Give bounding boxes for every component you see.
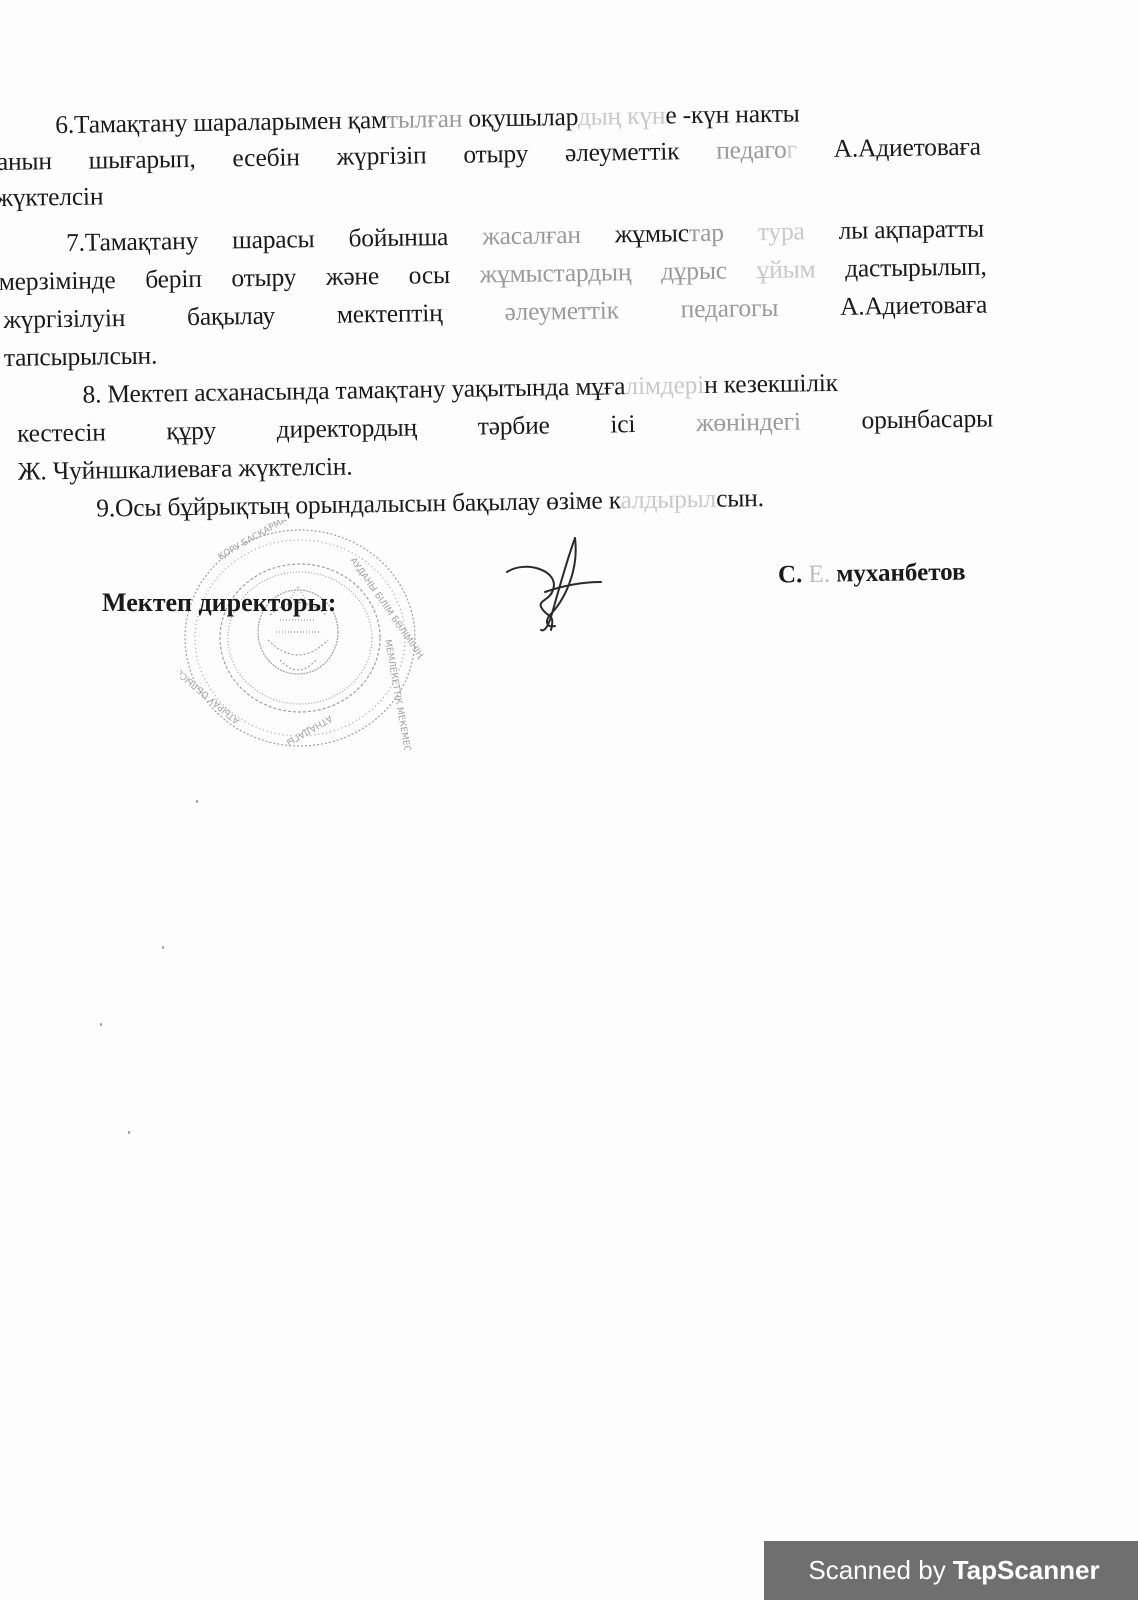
word: орынбасары bbox=[861, 400, 993, 438]
word: және bbox=[326, 258, 380, 295]
scan-speck bbox=[196, 800, 198, 803]
watermark-prefix: Scanned by bbox=[808, 1555, 945, 1586]
word: жұмыстардың bbox=[479, 254, 631, 292]
word: тура bbox=[758, 213, 805, 250]
svg-text:АТЫРАУ ОБЛЫСЫ: АТЫРАУ ОБЛЫСЫ bbox=[180, 665, 242, 725]
director-name: С. Е. муханбетов bbox=[778, 559, 966, 590]
word: әлеуметтік bbox=[565, 133, 680, 171]
word: кестесін bbox=[17, 414, 106, 451]
word: жасалған bbox=[482, 217, 581, 255]
word: А.Адиетоваға bbox=[833, 129, 981, 167]
text-faded: алдырыл bbox=[620, 484, 716, 514]
word: отыру bbox=[463, 136, 528, 173]
paragraph-6-line-3: жүктелсін bbox=[0, 178, 104, 216]
word: мектептің bbox=[337, 295, 443, 333]
word: жөніндегі bbox=[696, 403, 801, 441]
director-title: Мектеп директоры: bbox=[102, 588, 336, 618]
word: тәрбие bbox=[477, 407, 550, 444]
text: 8. Мектеп асханасында тамақтану уақытынд… bbox=[82, 371, 625, 409]
scanned-page: 6.Тамақтану шараларымен қамтылған оқушыл… bbox=[0, 0, 1138, 1600]
word: жүргізілуін bbox=[3, 300, 125, 338]
word: ұйым bbox=[756, 251, 815, 288]
svg-text:АТНАДАГЫ: АТНАДАГЫ bbox=[284, 712, 333, 746]
scan-speck bbox=[162, 946, 164, 949]
word: шарасы bbox=[232, 221, 315, 258]
word: әлеуметтік bbox=[504, 292, 619, 330]
svg-text:ҚОРУ БАСҚАРМАСЫНЫҢ ИНДЕР: ҚОРУ БАСҚАРМАСЫНЫҢ ИНДЕР bbox=[217, 520, 351, 563]
signature-block: ҚОРУ БАСҚАРМАСЫНЫҢ ИНДЕР АУДАНЫ БІЛІМ БӨ… bbox=[0, 520, 1138, 760]
word: директордың bbox=[276, 409, 417, 447]
word: жүргізіп bbox=[336, 137, 426, 174]
word: есебін bbox=[232, 139, 300, 176]
tapscanner-watermark: Scanned by TapScanner bbox=[764, 1541, 1138, 1600]
word: жұмыс bbox=[615, 218, 689, 248]
order-body: 6.Тамақтану шараларымен қамтылған оқушыл… bbox=[0, 92, 1000, 108]
word: дастырылып, bbox=[845, 249, 987, 287]
word: лы ақпаратты bbox=[838, 211, 984, 249]
text: 6.Тамақтану шараларымен қам bbox=[55, 105, 387, 139]
word: отыру bbox=[231, 259, 296, 296]
text-faded: дың күн bbox=[578, 101, 666, 131]
word: бойынша bbox=[348, 219, 448, 257]
text: Ж. Чуйншкалиеваға жүктелсін. bbox=[17, 452, 352, 486]
watermark-brand: TapScanner bbox=[953, 1555, 1100, 1586]
paragraph-8-line-3: Ж. Чуйншкалиеваға жүктелсін. bbox=[17, 449, 352, 490]
text: оқушылар bbox=[462, 102, 578, 133]
name-initial: С. bbox=[778, 561, 803, 588]
word: педаго bbox=[716, 135, 787, 165]
word: бақылау bbox=[187, 298, 275, 335]
text: тапсырылсын. bbox=[4, 341, 158, 372]
word: педагогы bbox=[680, 290, 778, 328]
word: анын bbox=[0, 143, 52, 180]
word: шығарып, bbox=[88, 141, 195, 179]
scan-speck bbox=[128, 1131, 130, 1134]
word: ісі bbox=[610, 406, 635, 442]
word: 7.Тамақтану bbox=[66, 223, 199, 261]
paragraph-7-line-4: тапсырылсын. bbox=[4, 338, 158, 376]
name-initial-faded: Е. bbox=[808, 561, 830, 588]
word: құру bbox=[166, 413, 216, 450]
text-faded: лімдері bbox=[625, 370, 704, 400]
word: г bbox=[786, 134, 797, 163]
text-faded: тылған bbox=[387, 104, 463, 134]
text: е -күн накты bbox=[665, 98, 800, 129]
word: осы bbox=[408, 257, 450, 294]
name-surname: муханбетов bbox=[836, 559, 966, 588]
word: А.Адиетоваға bbox=[840, 287, 988, 325]
word: мерзімінде bbox=[0, 262, 116, 300]
official-seal-icon: ҚОРУ БАСҚАРМАСЫНЫҢ ИНДЕР АУДАНЫ БІЛІМ БӨ… bbox=[180, 520, 430, 750]
word: беріп bbox=[145, 261, 202, 298]
text: сын. bbox=[716, 483, 764, 513]
scan-speck bbox=[100, 1023, 102, 1026]
handwritten-signature-icon bbox=[505, 530, 615, 640]
word: дұрыс bbox=[661, 253, 727, 290]
text: жүктелсін bbox=[0, 181, 103, 212]
word: тар bbox=[689, 218, 724, 248]
text: 9.Осы бұйрықтың орындалысын бақылау өзім… bbox=[96, 485, 621, 522]
text: н кезекшілік bbox=[704, 368, 838, 399]
